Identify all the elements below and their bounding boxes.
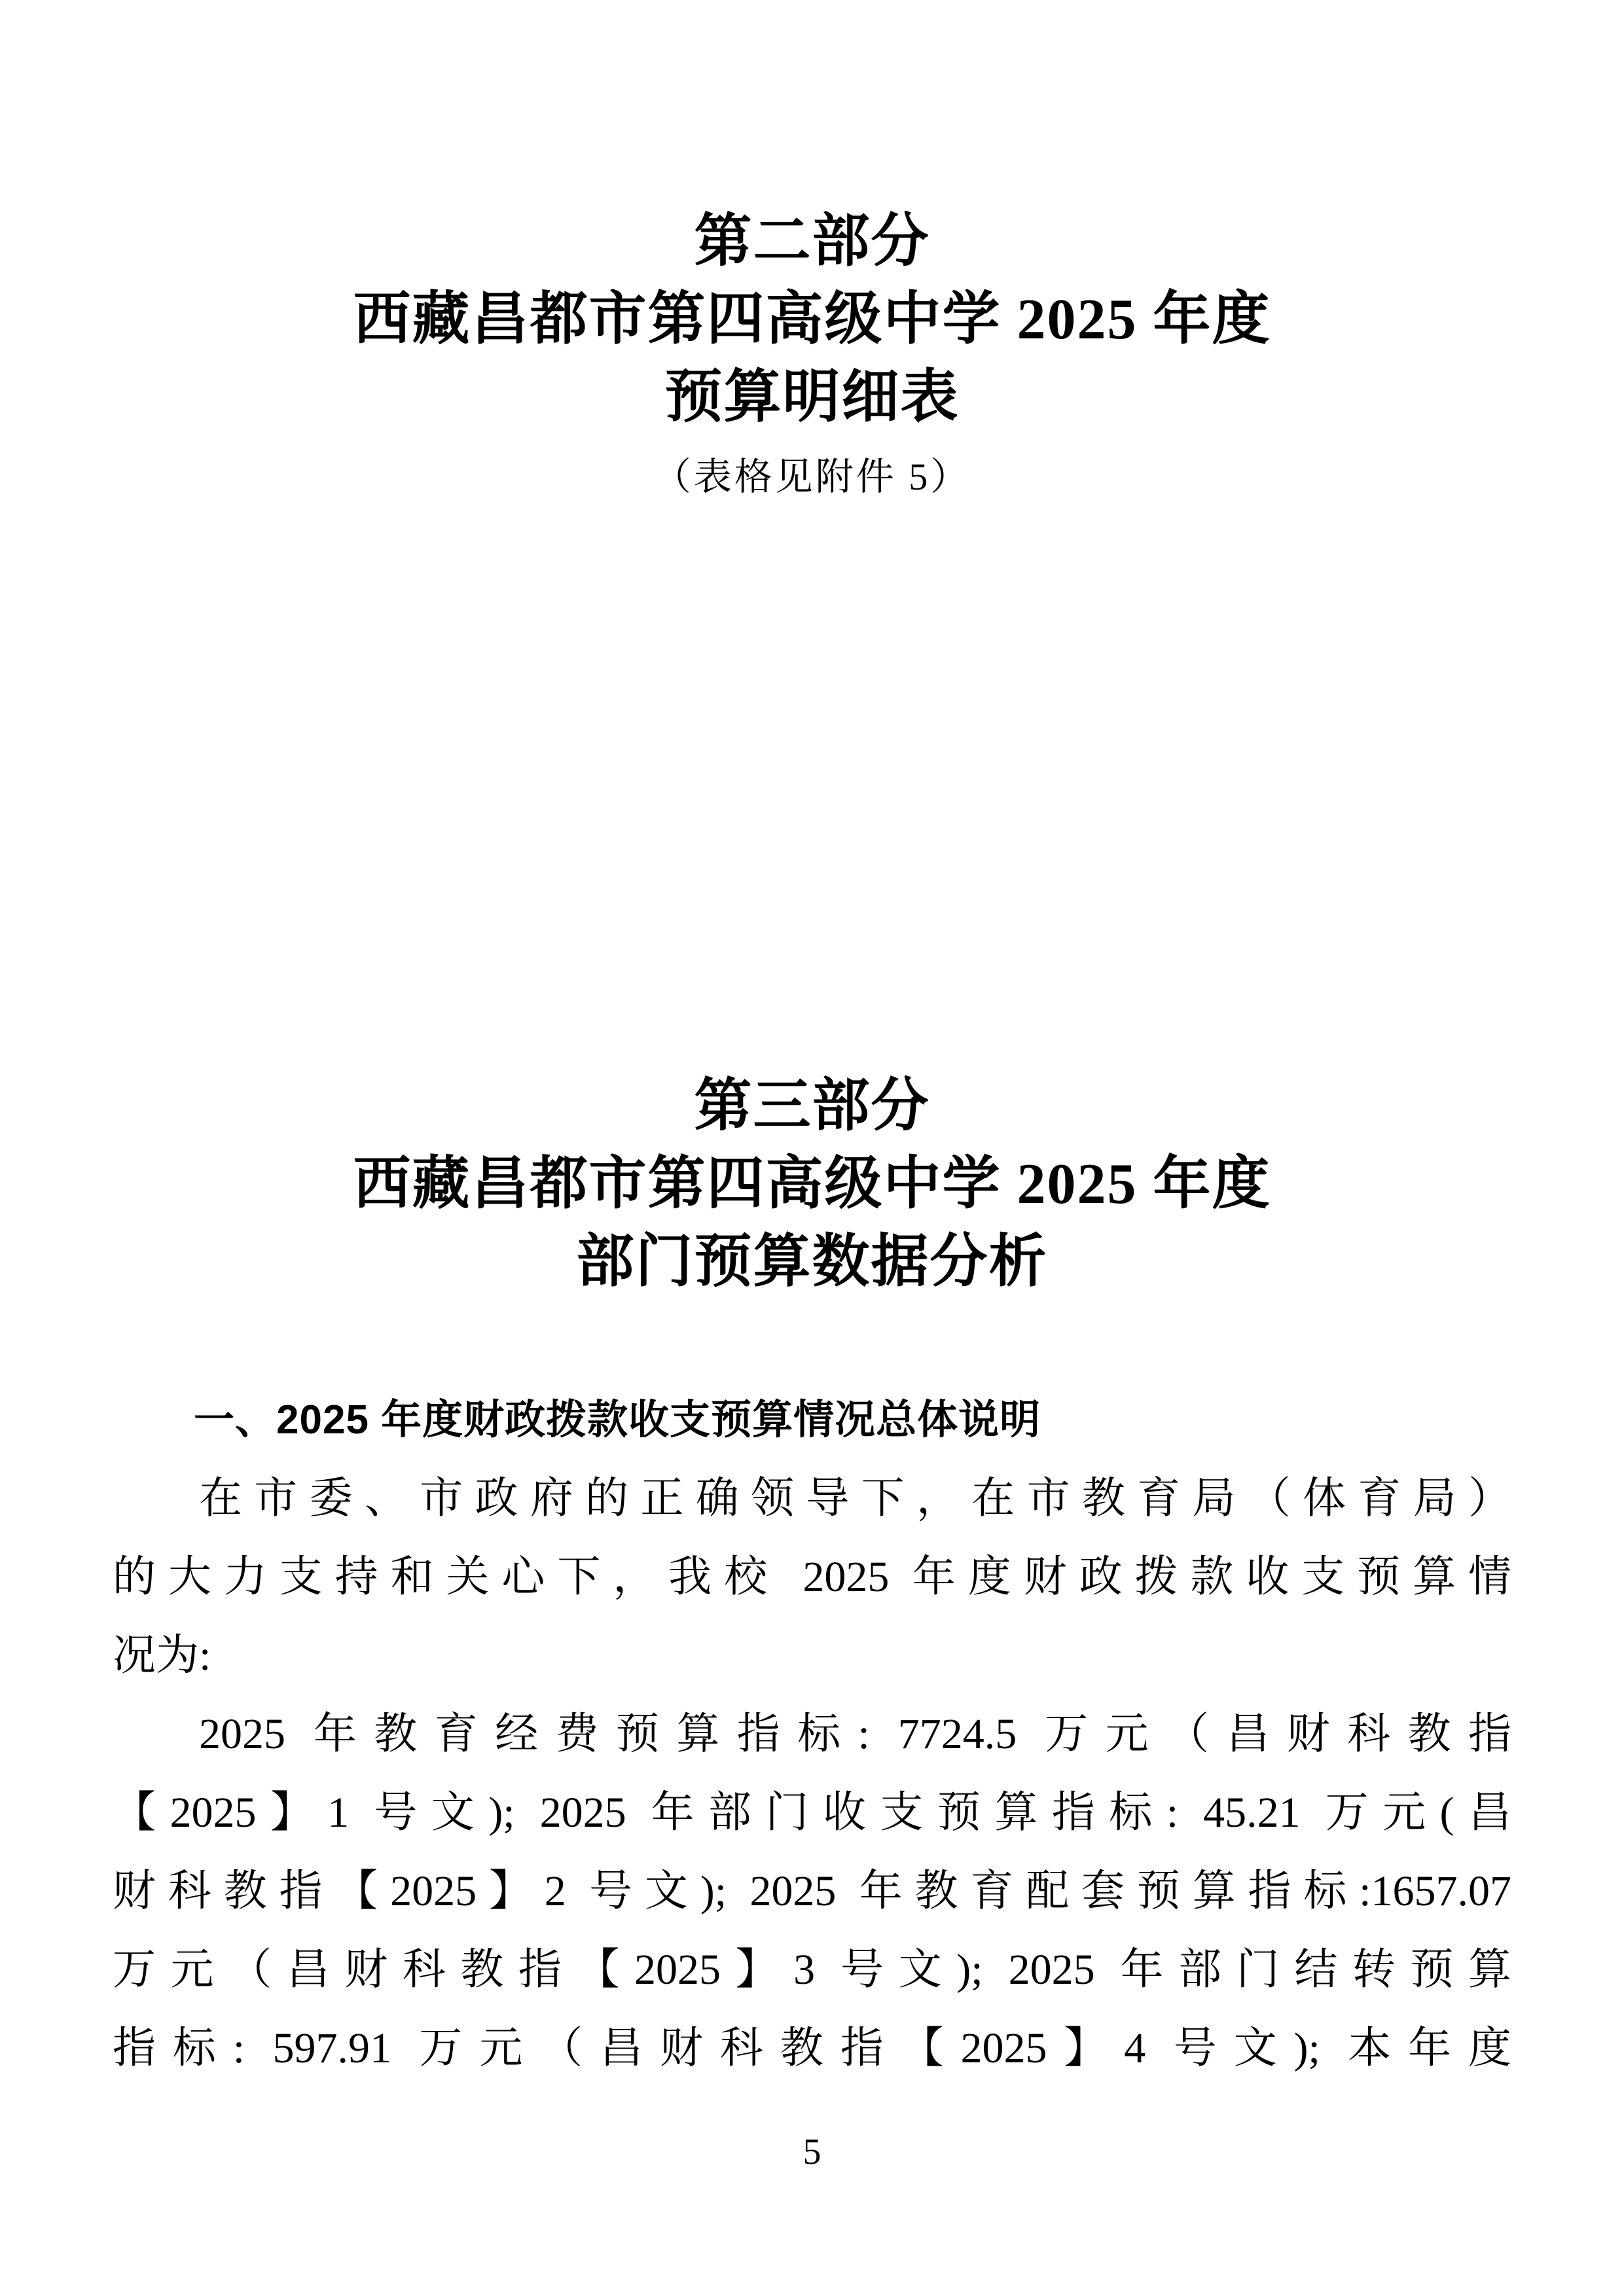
part2-title-line1: 第二部分 bbox=[113, 203, 1511, 281]
part2-title-line3: 预算明细表 bbox=[113, 359, 1511, 437]
body-line: 指标: 597.91 万元（昌财科教指【2025】4 号文); 本年度 bbox=[113, 2009, 1511, 2088]
body-line: 况为: bbox=[113, 1617, 1511, 1695]
page-content: 第二部分 西藏昌都市第四高级中学 2025 年度 预算明细表 （表格见附件 5）… bbox=[0, 0, 1624, 2088]
paragraph-2: 2025 年教育经费预算指标: 7724.5 万元（昌财科教指 【2025】1 … bbox=[113, 1695, 1511, 2088]
part2-title-line2: 西藏昌都市第四高级中学 2025 年度 bbox=[113, 281, 1511, 359]
body-line: 财科教指【2025】2 号文); 2025 年教育配套预算指标:1657.07 bbox=[113, 1852, 1511, 1931]
document-page: 第二部分 西藏昌都市第四高级中学 2025 年度 预算明细表 （表格见附件 5）… bbox=[0, 0, 1624, 2296]
part3-title-line3: 部门预算数据分析 bbox=[113, 1223, 1511, 1301]
part3-section: 第三部分 西藏昌都市第四高级中学 2025 年度 部门预算数据分析 bbox=[113, 1067, 1511, 1301]
part2-section: 第二部分 西藏昌都市第四高级中学 2025 年度 预算明细表 （表格见附件 5） bbox=[113, 0, 1511, 503]
body-line: 【2025】1 号文); 2025 年部门收支预算指标: 45.21 万元(昌 bbox=[113, 1774, 1511, 1852]
part3-title-line2: 西藏昌都市第四高级中学 2025 年度 bbox=[113, 1145, 1511, 1223]
part2-subtitle: （表格见附件 5） bbox=[113, 451, 1511, 503]
body-line: 在市委、市政府的正确领导下，在市教育局（体育局） bbox=[113, 1460, 1511, 1538]
body-line: 的大力支持和关心下，我校 2025 年度财政拨款收支预算情 bbox=[113, 1538, 1511, 1617]
paragraph-1: 在市委、市政府的正确领导下，在市教育局（体育局） 的大力支持和关心下，我校 20… bbox=[113, 1460, 1511, 1695]
page-number: 5 bbox=[0, 2132, 1624, 2172]
body-line: 万元（昌财科教指【2025】3 号文); 2025 年部门结转预算 bbox=[113, 1931, 1511, 2009]
part3-title-line1: 第三部分 bbox=[113, 1067, 1511, 1145]
section-heading: 一、2025 年度财政拨款收支预算情况总体说明 bbox=[113, 1381, 1511, 1460]
body-line: 2025 年教育经费预算指标: 7724.5 万元（昌财科教指 bbox=[113, 1695, 1511, 1774]
